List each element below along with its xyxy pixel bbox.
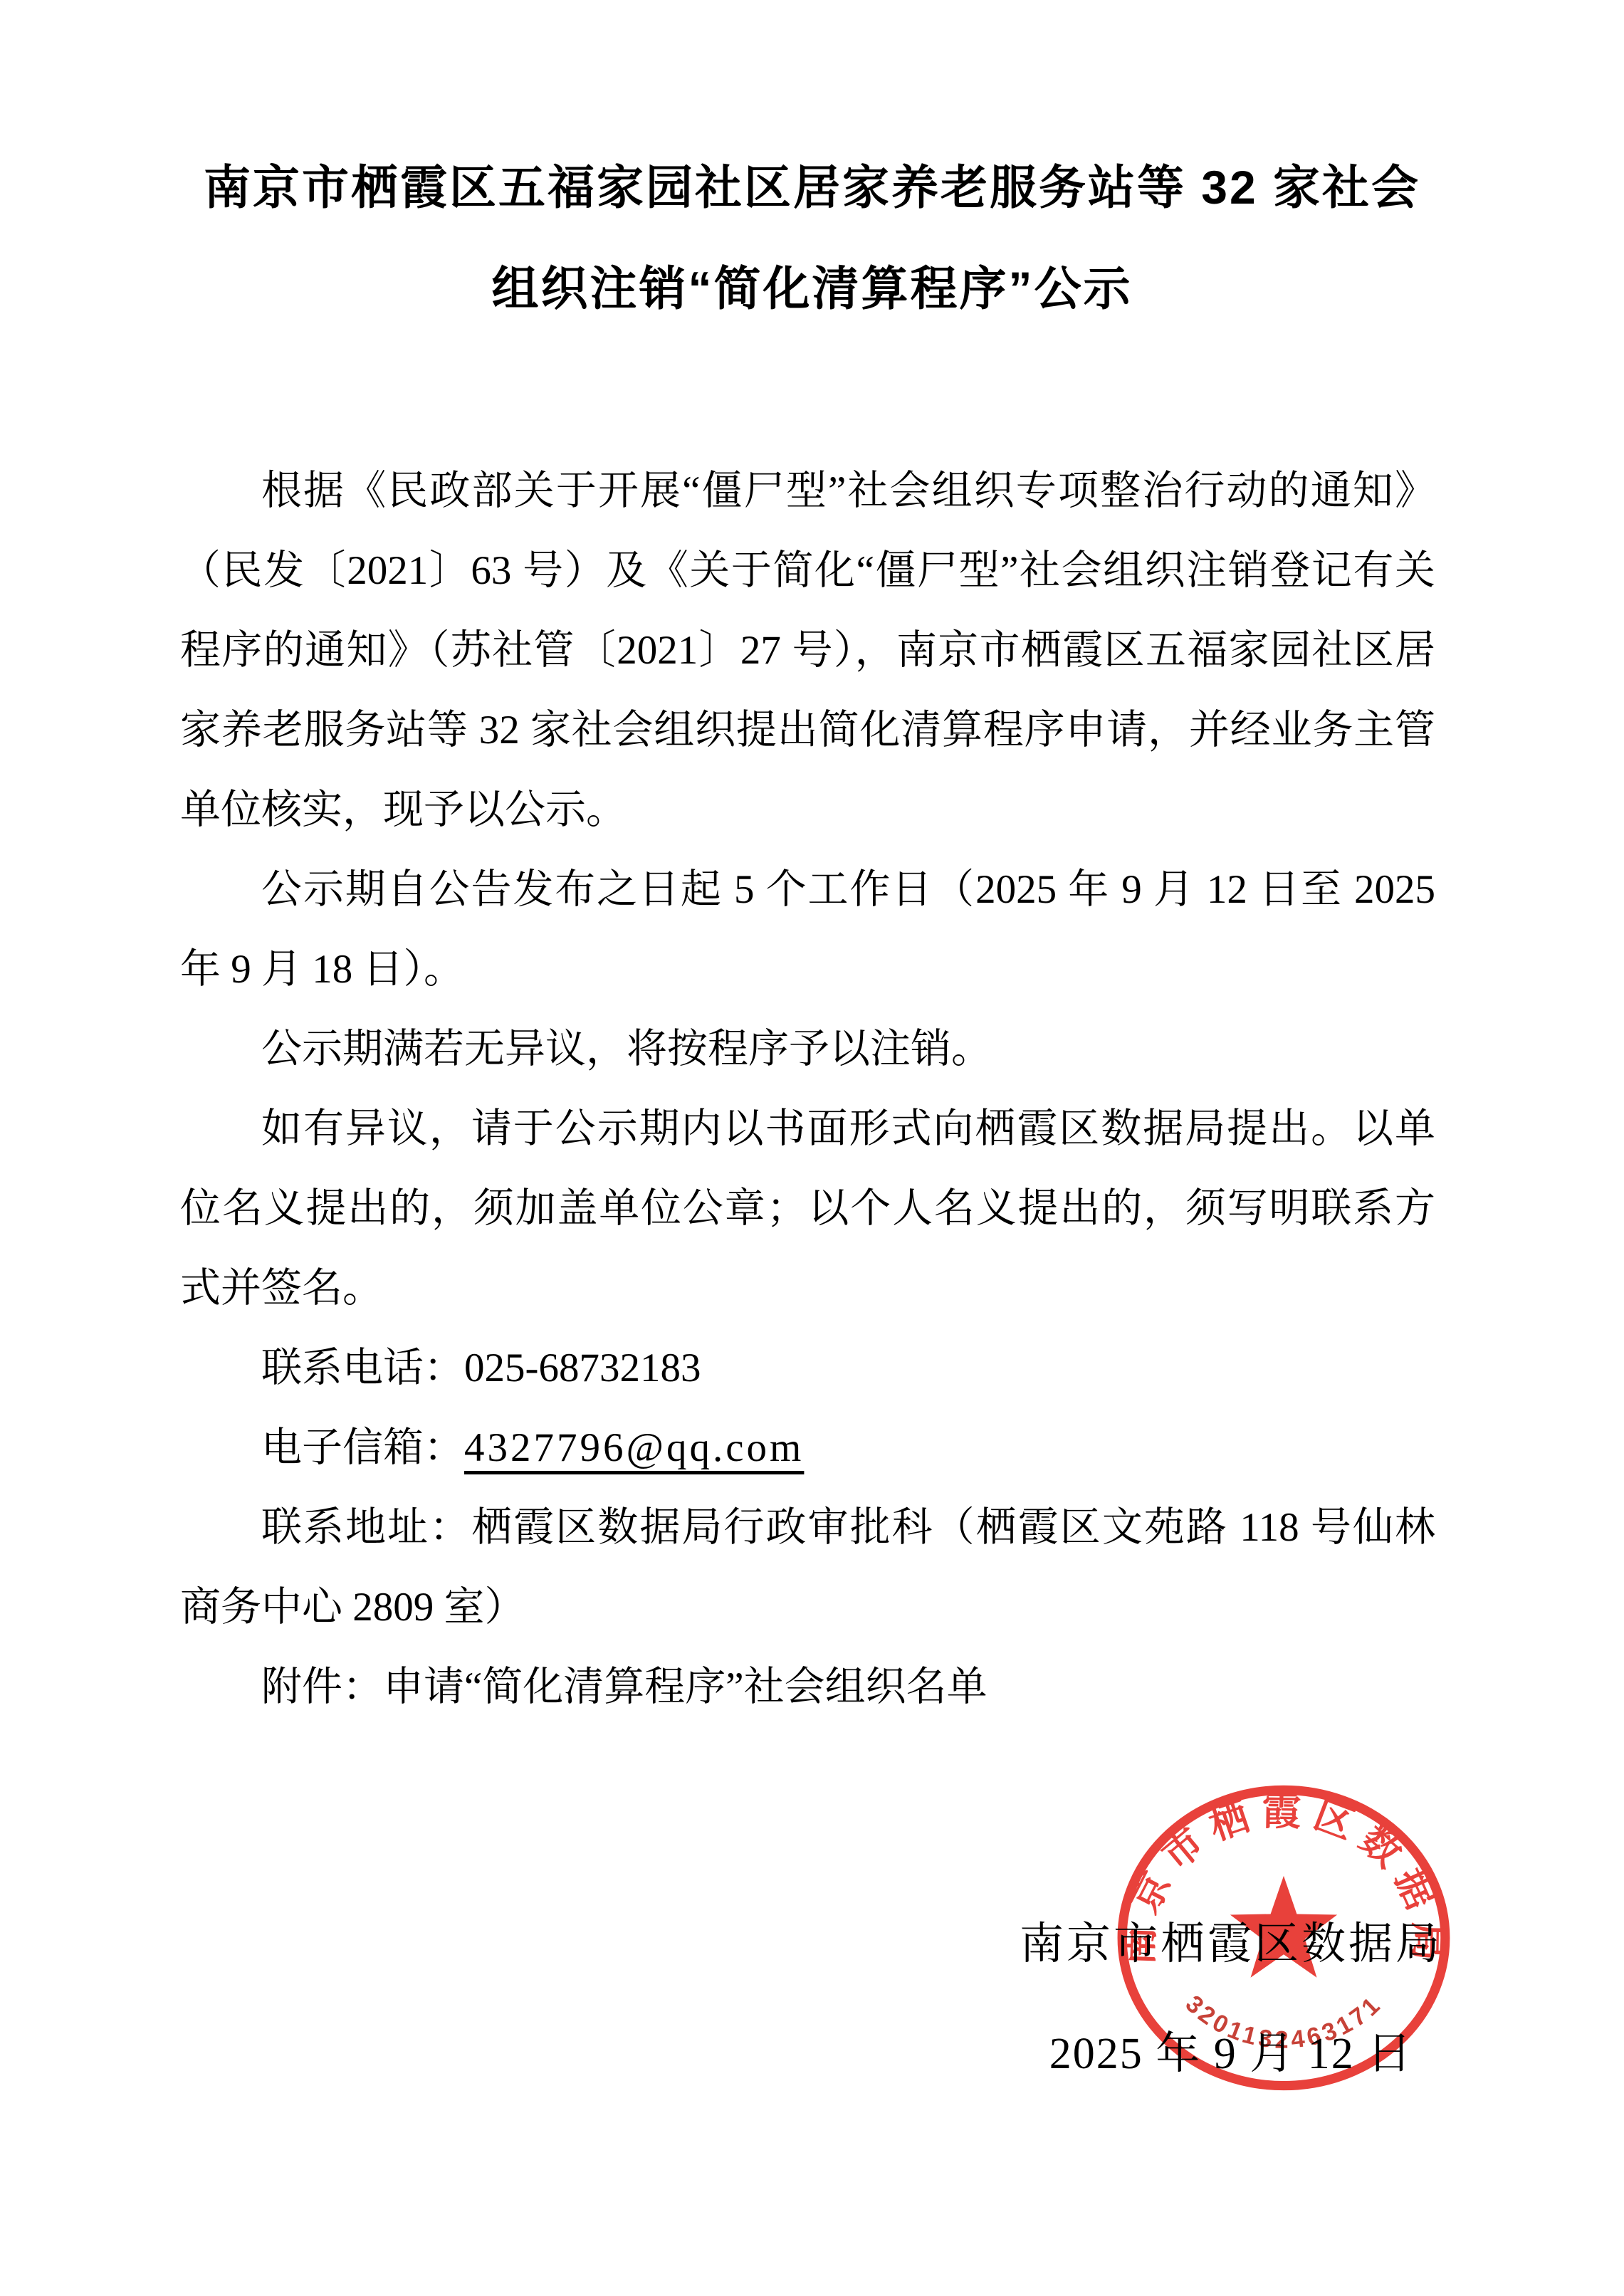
contact-address-label: 联系地址：	[261, 1505, 471, 1550]
document-title: 南京市栖霞区五福家园社区居家养老服务站等 32 家社会 组织注销“简化清算程序”…	[0, 0, 1624, 339]
title-line-2: 组织注销“简化清算程序”公示	[0, 238, 1624, 339]
issuing-authority: 南京市栖霞区数据局	[1017, 1917, 1445, 1972]
document-page: 南京市栖霞区五福家园社区居家养老服务站等 32 家社会 组织注销“简化清算程序”…	[0, 0, 1624, 2296]
signature-block: 南京市栖霞区数据局 2025 年 9 月 12 日	[1017, 1917, 1445, 2082]
contact-email-label: 电子信箱：	[261, 1425, 464, 1470]
paragraph-basis: 根据《民政部关于开展“僵尸型”社会组织专项整治行动的通知》（民发〔2021〕63…	[180, 451, 1435, 850]
contact-phone-value: 025-68732183	[464, 1346, 701, 1390]
paragraph-no-objection: 公示期满若无异议，将按程序予以注销。	[180, 1010, 1435, 1089]
contact-email-line: 电子信箱：4327796@qq.com	[180, 1408, 1435, 1488]
contact-email-value: 4327796@qq.com	[464, 1425, 804, 1470]
issue-date: 2025 年 9 月 12 日	[1017, 2026, 1445, 2082]
contact-phone-label: 联系电话：	[261, 1346, 464, 1390]
title-line-1: 南京市栖霞区五福家园社区居家养老服务站等 32 家社会	[0, 137, 1624, 238]
document-body: 根据《民政部关于开展“僵尸型”社会组织专项整治行动的通知》（民发〔2021〕63…	[0, 451, 1624, 1727]
contact-address-line: 联系地址：栖霞区数据局行政审批科（栖霞区文苑路 118 号仙林商务中心 2809…	[180, 1488, 1435, 1647]
paragraph-publicity-period: 公示期自公告发布之日起 5 个工作日（2025 年 9 月 12 日至 2025…	[180, 850, 1435, 1010]
attachment-line: 附件：申请“简化清算程序”社会组织名单	[180, 1647, 1435, 1727]
contact-phone-line: 联系电话：025-68732183	[180, 1328, 1435, 1408]
paragraph-objection-procedure: 如有异议，请于公示期内以书面形式向栖霞区数据局提出。以单位名义提出的，须加盖单位…	[180, 1089, 1435, 1328]
